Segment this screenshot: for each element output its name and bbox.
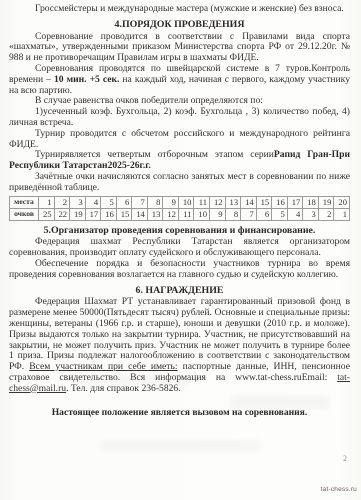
place-cell: 12 [210, 196, 226, 208]
points-cell: 4 [287, 208, 303, 220]
points-cell: 16 [101, 208, 117, 220]
place-cell: 6 [116, 196, 132, 208]
points-cell: 2 [318, 208, 334, 220]
section4-paragraph-system: Соревнования проводятся по швейцарской с… [9, 64, 350, 96]
section4-paragraph-grandprix: Турнирявляется четвертым отборочным этап… [9, 150, 350, 172]
intro-line: Гроссмейстеры и международные мастера (м… [9, 4, 350, 15]
points-cell: 5 [272, 208, 288, 220]
section5-paragraph-safety: Обеспечение порядка и безопасности участ… [9, 259, 350, 281]
section5-title: 5.Организатор проведения соревнования и … [9, 226, 350, 237]
points-cell: 14 [132, 208, 148, 220]
place-cell: 3 [70, 196, 86, 208]
place-cell: 9 [163, 196, 179, 208]
points-cell: 6 [256, 208, 272, 220]
place-cell: 7 [132, 196, 148, 208]
points-cell: 13 [147, 208, 163, 220]
time-control: 10 мин. +5 сек. [54, 74, 119, 85]
grandprix-text: Турнирявляется четвертым отборочным этап… [35, 149, 274, 160]
section4-paragraph-tiebreaks: 1)усеченный коэф. Бухгольца, 2) коэф. Бу… [9, 107, 350, 129]
section5-paragraph-organizer: Федерация шахмат Республики Татарстан яв… [9, 237, 350, 259]
places-row-label: места [10, 196, 39, 208]
points-cell: 10 [194, 208, 210, 220]
points-cell: 17 [85, 208, 101, 220]
points-cell: 22 [54, 208, 70, 220]
points-cell: 25 [39, 208, 55, 220]
place-cell: 5 [101, 196, 117, 208]
place-cell: 15 [256, 196, 272, 208]
section4-paragraph-rating: Турнир проводится с обсчетом российского… [9, 129, 350, 151]
place-cell: 8 [147, 196, 163, 208]
points-cell: 3 [303, 208, 319, 220]
place-cell: 19 [318, 196, 334, 208]
section6-title: 6. НАГРАЖДЕНИЕ [9, 286, 350, 297]
points-row-label: очков [10, 208, 39, 220]
points-cell: 8 [225, 208, 241, 220]
place-cell: 18 [303, 196, 319, 208]
place-cell: 4 [85, 196, 101, 208]
place-cell: 10 [178, 196, 194, 208]
section4-title: 4.ПОРЯДОК ПРОВЕДЕНИЯ [9, 20, 350, 31]
closing-statement: Настоящее положение является вызовом на … [9, 408, 350, 419]
place-cell: 20 [334, 196, 350, 208]
points-cell: 7 [241, 208, 257, 220]
participants-requirement: Всем участникам при себе иметь: [29, 361, 177, 372]
points-cell: 9 [210, 208, 226, 220]
points-cell: 19 [70, 208, 86, 220]
scanned-document-page: Гроссмейстеры и международные мастера (м… [0, 0, 361, 500]
points-cell: 12 [163, 208, 179, 220]
points-cell: 1 [334, 208, 350, 220]
points-table: места 1 2 3 4 5 6 7 8 9 10 11 12 13 14 1… [9, 196, 350, 221]
section4-paragraph-rules: Соревнование проводится в соответствии с… [9, 32, 350, 64]
points-cell: 15 [116, 208, 132, 220]
points-cell: 11 [178, 208, 194, 220]
place-cell: 11 [194, 196, 210, 208]
place-cell: 17 [287, 196, 303, 208]
section4-paragraph-table-intro: Зачётные очки начисляются согласно занят… [9, 172, 350, 194]
scan-artifact [70, 375, 190, 385]
points-row: очков 25 22 19 17 16 15 14 13 12 11 10 9… [10, 208, 350, 220]
place-cell: 16 [272, 196, 288, 208]
watermark-text: tat-chess.ru [321, 485, 357, 496]
scan-artifact [230, 395, 330, 409]
place-cell: 1 [39, 196, 55, 208]
scan-artifact [100, 440, 260, 452]
page-number: 2 [343, 454, 347, 465]
place-cell: 2 [54, 196, 70, 208]
places-row: места 1 2 3 4 5 6 7 8 9 10 11 12 13 14 1… [10, 196, 350, 208]
place-cell: 13 [225, 196, 241, 208]
place-cell: 14 [241, 196, 257, 208]
